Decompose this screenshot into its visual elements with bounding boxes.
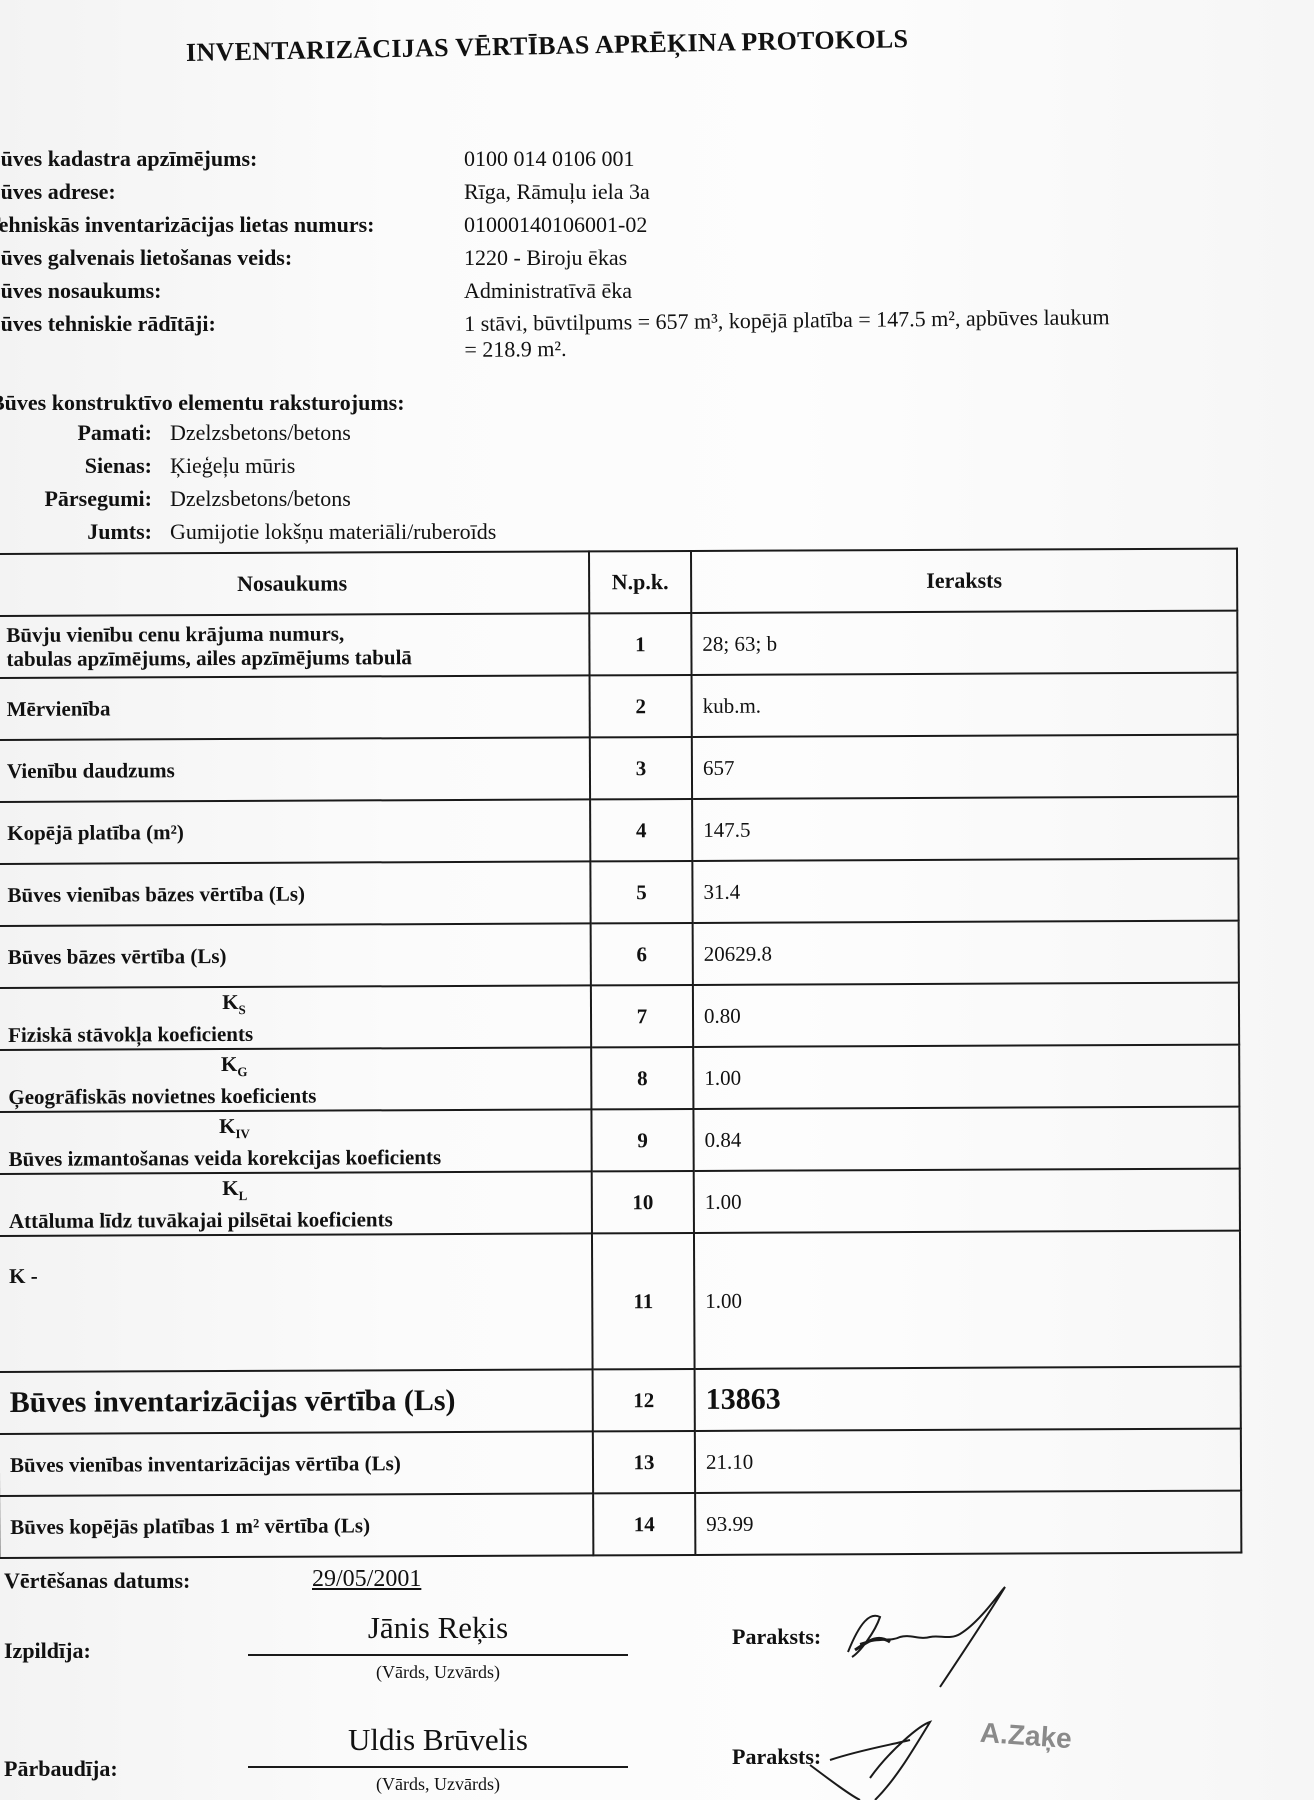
- row-npk: 7: [591, 985, 693, 1047]
- table-row: Vienību daudzums 3 657: [0, 735, 1238, 802]
- table-row: KIVBūves izmantošanas veida korekcijas k…: [0, 1107, 1240, 1174]
- info-row-technical-indicators: Būves tehniskie rādītāji: 1 stāvi, būvti…: [0, 311, 1314, 371]
- row-npk: 11: [592, 1233, 695, 1369]
- row-npk: 8: [591, 1047, 693, 1109]
- row-entry: 93.99: [695, 1491, 1241, 1555]
- construction-heading: Būves konstruktīvo elementu raksturojums…: [0, 390, 405, 416]
- info-label: Būves nosaukums:: [0, 278, 161, 304]
- row-npk: 13: [593, 1431, 695, 1493]
- document-title: INVENTARIZĀCIJAS VĒRTĪBAS APRĒĶINA PROTO…: [186, 24, 909, 68]
- row-entry: 31.4: [692, 859, 1238, 923]
- info-value: Rīga, Rāmuļu iela 3a: [464, 179, 650, 205]
- row-entry: 28; 63; b: [691, 611, 1237, 675]
- info-row-building-name: Būves nosaukums: Administratīvā ēka: [0, 278, 1314, 311]
- row-entry: 1.00: [694, 1169, 1240, 1233]
- row-npk: 10: [592, 1171, 694, 1233]
- table-row: Būves vienības inventarizācijas vērtība …: [0, 1429, 1241, 1496]
- row-name: Būves inventarizācijas vērtība (Ls): [0, 1369, 593, 1434]
- protocol-page: INVENTARIZĀCIJAS VĒRTĪBAS APRĒĶINA PROTO…: [0, 0, 1314, 1800]
- info-label: Būves tehniskie rādītāji:: [0, 311, 216, 337]
- construction-value: Ķieģeļu mūris: [170, 453, 295, 479]
- executor-signature-label: Paraksts:: [732, 1624, 821, 1650]
- valuation-date-label: Vērtēšanas datums:: [4, 1568, 190, 1594]
- row-name: Būvju vienību cenu krājuma numurs,tabula…: [0, 613, 590, 678]
- info-value: 1220 - Biroju ēkas: [464, 245, 627, 271]
- row-entry: kub.m.: [692, 673, 1238, 737]
- checker-label: Pārbaudīja:: [4, 1756, 118, 1782]
- info-value: Administratīvā ēka: [464, 278, 632, 304]
- table-row: KSFiziskā stāvokļa koeficients 7 0.80: [0, 983, 1239, 1050]
- row-entry: 0.84: [693, 1107, 1239, 1171]
- table-row: KLAttāluma līdz tuvākajai pilsētai koefi…: [0, 1169, 1240, 1236]
- checker-name: Uldis Brūvelis: [248, 1722, 628, 1758]
- info-row-usage-type: Būves galvenais lietošanas veids: 1220 -…: [0, 245, 1314, 278]
- building-info: Būves kadastra apzīmējums: 0100 014 0106…: [0, 146, 1314, 371]
- coefficient-symbol: KS: [8, 988, 580, 1023]
- row-name: K -: [0, 1233, 593, 1372]
- table-row: Kopējā platība (m²) 4 147.5: [0, 797, 1238, 864]
- stamp-name: A.Zaķe: [979, 1717, 1073, 1755]
- row-npk: 12: [593, 1369, 695, 1431]
- construction-value: Dzelzsbetons/betons: [170, 420, 351, 446]
- construction-label: Pārsegumi:: [0, 486, 152, 512]
- coefficient-symbol: KL: [9, 1174, 581, 1209]
- info-label: Būves adrese:: [0, 179, 116, 205]
- info-label: Būves galvenais lietošanas veids:: [0, 245, 292, 271]
- construction-value: Dzelzsbetons/betons: [170, 486, 351, 512]
- checker-block: Uldis Brūvelis (Vārds, Uzvārds): [248, 1722, 628, 1795]
- row-name-text: Ģeogrāfiskās novietnes koeficients: [8, 1084, 316, 1109]
- row-entry: 13863: [695, 1367, 1241, 1431]
- row-npk: 14: [593, 1493, 695, 1555]
- column-header-name: Nosaukums: [0, 551, 589, 616]
- signature-section: Vērtēšanas datums: 29/05/2001 Izpildīja:…: [0, 1560, 1314, 1800]
- checker-signature-icon: [790, 1720, 970, 1800]
- coefficient-symbol: KIV: [8, 1112, 580, 1147]
- table-row: Būves kopējās platības 1 m² vērtība (Ls)…: [0, 1491, 1241, 1558]
- executor-name: Jānis Reķis: [248, 1610, 628, 1646]
- construction-value: Gumijotie lokšņu materiāli/ruberoīds: [170, 519, 496, 545]
- row-name: Kopējā platība (m²): [0, 799, 590, 864]
- row-entry: 1.00: [693, 1045, 1239, 1109]
- info-row-cadastre: Būves kadastra apzīmējums: 0100 014 0106…: [0, 146, 1314, 179]
- info-row-address: Būves adrese: Rīga, Rāmuļu iela 3a: [0, 179, 1314, 212]
- table-row: Būvju vienību cenu krājuma numurs,tabula…: [0, 611, 1238, 678]
- column-header-entry: Ieraksts: [691, 549, 1237, 613]
- info-value-line1: 1 stāvi, būvtilpums = 657 m³, kopējā pla…: [464, 304, 1110, 336]
- info-value: 1 stāvi, būvtilpums = 657 m³, kopējā pla…: [464, 304, 1110, 363]
- row-name: Vienību daudzums: [0, 737, 590, 802]
- table-row: Būves bāzes vērtība (Ls) 6 20629.8: [0, 921, 1239, 988]
- row-npk: 4: [590, 799, 692, 861]
- row-entry: 147.5: [692, 797, 1238, 861]
- row-name: Būves kopējās platības 1 m² vērtība (Ls): [0, 1493, 593, 1558]
- construction-item-walls: Sienas: Ķieģeļu mūris: [0, 453, 405, 486]
- executor-name-line: [248, 1654, 628, 1656]
- table-row: Būves vienības bāzes vērtība (Ls) 5 31.4: [0, 859, 1239, 926]
- row-name: Būves vienības bāzes vērtība (Ls): [0, 861, 591, 926]
- row-name-line1: Būvju vienību cenu krājuma numurs,: [6, 621, 344, 646]
- construction-label: Jumts:: [0, 519, 152, 545]
- table-header-row: Nosaukums N.p.k. Ieraksts: [0, 549, 1237, 616]
- row-name-line2: tabulas apzīmējums, ailes apzīmējums tab…: [6, 645, 412, 671]
- executor-block: Jānis Reķis (Vārds, Uzvārds): [248, 1610, 628, 1683]
- valuation-date-value: 29/05/2001: [312, 1566, 421, 1593]
- table-row: KGĢeogrāfiskās novietnes koeficients 8 1…: [0, 1045, 1239, 1112]
- coefficient-symbol: KG: [8, 1050, 580, 1085]
- construction-label: Pamati:: [0, 420, 152, 446]
- row-name: KGĢeogrāfiskās novietnes koeficients: [0, 1047, 591, 1112]
- construction-label: Sienas:: [0, 453, 152, 479]
- checker-name-line: [248, 1766, 628, 1768]
- row-npk: 3: [590, 737, 692, 799]
- info-label: Tehniskās inventarizācijas lietas numurs…: [0, 212, 375, 238]
- info-value: 01000140106001-02: [464, 212, 647, 238]
- row-entry: 20629.8: [693, 921, 1239, 985]
- table-row: Mērvienība 2 kub.m.: [0, 673, 1238, 740]
- info-value: 0100 014 0106 001: [464, 146, 635, 172]
- executor-name-hint: (Vārds, Uzvārds): [248, 1662, 628, 1683]
- row-name: Būves bāzes vērtība (Ls): [0, 923, 591, 988]
- row-name-text: Būves izmantošanas veida korekcijas koef…: [9, 1145, 442, 1171]
- row-name: Mērvienība: [0, 675, 590, 740]
- row-entry: 0.80: [693, 983, 1239, 1047]
- row-entry: 1.00: [694, 1231, 1241, 1369]
- table-row-total: Būves inventarizācijas vērtība (Ls) 12 1…: [0, 1367, 1241, 1434]
- valuation-table: Nosaukums N.p.k. Ieraksts Būvju vienību …: [0, 548, 1242, 1559]
- row-npk: 2: [590, 675, 692, 737]
- construction-item-roof: Jumts: Gumijotie lokšņu materiāli/rubero…: [0, 519, 405, 552]
- row-npk: 6: [591, 923, 693, 985]
- row-name: KSFiziskā stāvokļa koeficients: [0, 985, 591, 1050]
- row-npk: 5: [590, 861, 692, 923]
- info-label: Būves kadastra apzīmējums:: [0, 146, 257, 172]
- row-entry: 657: [692, 735, 1238, 799]
- executor-signature-icon: [840, 1582, 1080, 1692]
- row-name: KIVBūves izmantošanas veida korekcijas k…: [0, 1109, 592, 1174]
- executor-label: Izpildīja:: [4, 1638, 91, 1664]
- row-name-text: Attāluma līdz tuvākajai pilsētai koefici…: [9, 1207, 393, 1233]
- info-row-case-number: Tehniskās inventarizācijas lietas numurs…: [0, 212, 1314, 245]
- row-npk: 1: [589, 613, 691, 675]
- checker-name-hint: (Vārds, Uzvārds): [248, 1774, 628, 1795]
- construction-item-foundation: Pamati: Dzelzsbetons/betons: [0, 420, 405, 453]
- row-npk: 9: [591, 1109, 693, 1171]
- column-header-npk: N.p.k.: [589, 551, 691, 613]
- row-name: Būves vienības inventarizācijas vērtība …: [0, 1431, 593, 1496]
- row-name-text: K -: [9, 1261, 581, 1287]
- row-entry: 21.10: [695, 1429, 1241, 1493]
- table-row: K - 11 1.00: [0, 1231, 1241, 1372]
- construction-elements: Būves konstruktīvo elementu raksturojums…: [0, 390, 405, 552]
- row-name-text: Fiziskā stāvokļa koeficients: [8, 1022, 253, 1047]
- row-name: KLAttāluma līdz tuvākajai pilsētai koefi…: [0, 1171, 592, 1236]
- info-value-line2: = 218.9 m².: [464, 336, 566, 362]
- construction-item-floors: Pārsegumi: Dzelzsbetons/betons: [0, 486, 405, 519]
